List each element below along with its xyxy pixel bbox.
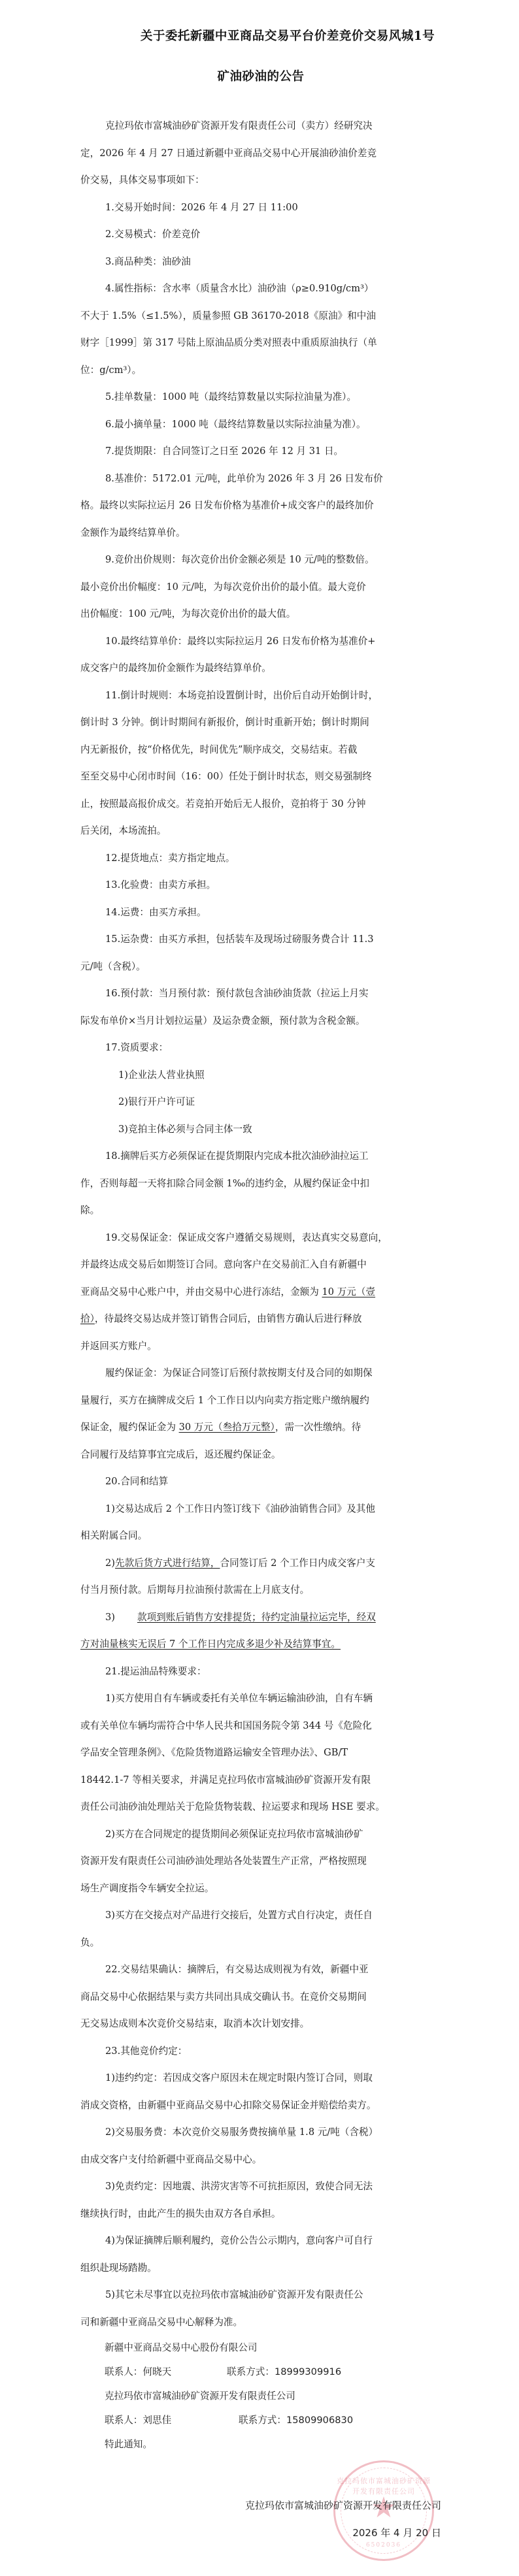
closing-text: 特此通知。	[105, 2432, 444, 2456]
other-terms-subitem: 3)免责约定：因地震、洪涝灾害等不可抗拒原因，致使合同无法	[80, 2173, 439, 2200]
requirement-subitem-cont: 场生产调度指令车辆安全拉运。	[80, 1875, 439, 1902]
item-countdown-rules-cont: 内无新报价，按“价格优先，时间优先”顺序成交，交易结束。若截	[80, 736, 439, 764]
intro-line: 价交易，具体交易事项如下：	[80, 167, 439, 194]
item-result-confirmation-cont: 无交易达成则本次竞价交易结束，取消本次计划安排。	[80, 2010, 439, 2038]
item-min-pick-quantity: 6.最小摘单量：1000 吨（最终结算数量以实际拉油量为准）。	[80, 411, 439, 438]
qualification-subitem: 1)企业法人营业执照	[80, 1062, 439, 1089]
item-prepayment-cont: 际发布单价×当月计划拉运量）及运杂费金额，预付款为含税金额。	[80, 1007, 439, 1035]
org2-contact-person: 联系人：刘思佳	[105, 2415, 171, 2426]
deposit-text: 亚商品交易中心账户中，并由交易中心进行冻结，金额为	[80, 1286, 322, 1297]
item-pickup-obligation-cont: 除。	[80, 1197, 439, 1224]
item-result-confirmation-cont: 商品交易中心依据结果与卖方共同出具成交确认书。在竞价交易期间	[80, 1983, 439, 2011]
requirement-subitem: 3)买方在交接点对产品进行交接后，处置方式自行决定，责任自	[80, 1902, 439, 1929]
item-countdown-rules: 11.倒计时规则：本场竞拍设置倒计时，出价后自动开始倒计时，	[80, 682, 439, 709]
deposit-amount-underlined: 10 万元（壹	[322, 1286, 376, 1297]
bond-amount-underlined: 30 万元（叁拾万元整）	[179, 1422, 275, 1433]
requirement-subitem-cont: 负。	[80, 1929, 439, 1957]
requirement-subitem-cont: 18442.1-7 等相关要求，并满足克拉玛依市富城油砂矿资源开发有限	[80, 1767, 439, 1794]
intro-line: 克拉玛依市富城油砂矿资源开发有限责任公司（卖方）经研究决	[80, 112, 439, 140]
payment-method-underlined: 先款后货方式进行结算，	[115, 1557, 220, 1569]
intro-line: 定，2026 年 4 月 27 日通过新疆中亚商品交易中心开展油砂油价差竞	[80, 140, 439, 167]
signature-block: 克拉玛依市富城油砂矿资源开发有限责任公司 2026 年 4 月 20 日	[245, 2492, 441, 2547]
item-trade-mode: 2.交易模式：价差竞价	[80, 221, 439, 248]
item-base-price-cont: 格。最终以实际拉运月 26 日发布价格为基准价+成交客户的最终加价	[80, 492, 439, 519]
bond-text: ，需一次性缴纳。待	[275, 1422, 361, 1433]
item-pickup-obligation: 18.摘牌后买方必须保证在提货期限内完成本批次油砂油拉运工	[80, 1143, 439, 1170]
requirement-subitem-cont: 或有关单位车辆均需符合中华人民共和国国务院令第 344 号《危险化	[80, 1712, 439, 1740]
item-countdown-rules-cont: 后关闭，本场流拍。	[80, 817, 439, 845]
delivery-arrangement-underlined: 款项到账后销售方安排提货；待约定油量拉运完毕，经双	[137, 1612, 376, 1623]
performance-bond: 履约保证金：为保证合同签订后预付款按期支付及合同的如期保	[80, 1360, 439, 1387]
contract-subitem: 2)先款后货方式进行结算，合同签订后 2 个工作日内成交客户支	[80, 1550, 439, 1577]
contract-subitem: 3)款项到账后销售方安排提货；待约定油量拉运完毕，经双	[80, 1604, 439, 1631]
requirement-subitem-cont: 学品安全管理条例》、《危险货物道路运输安全管理办法》、GB/T	[80, 1739, 439, 1767]
item-bid-rules: 9.竞价出价规则：每次竞价出价金额必须是 10 元/吨的整数倍。	[80, 546, 439, 574]
deposit-text: ，待最终交易达成并签订销售合同后，由销售方确认后进行释放	[95, 1313, 362, 1324]
org2-contact-row: 联系人：刘思佳 联系方式：15809906830	[105, 2408, 444, 2432]
requirement-subitem-cont: 责任公司油砂油处理站关于危险货物装载、拉运要求和现场 HSE 要求。	[80, 1793, 439, 1821]
item-result-confirmation: 22.交易结果确认：摘牌后，有交易达成则视为有效，新疆中亚	[80, 1956, 439, 1983]
item-other-terms: 23.其他竞价约定：	[80, 2038, 439, 2065]
other-terms-subitem: 1)违约约定：若因成交客户原因未在规定时限内签订合同，则取	[80, 2064, 439, 2092]
delivery-arrangement-underlined: 方对油量核实无误后 7 个工作日内完成多退少补及结算事宜。	[80, 1639, 341, 1650]
bond-text: 保证金，履约保证金为	[80, 1422, 179, 1433]
other-terms-subitem-cont: 由成交客户支付给新疆中亚商品交易中心。	[80, 2146, 439, 2174]
item-testing-fee: 13.化验费：由卖方承担。	[80, 872, 439, 899]
contacts-block: 新疆中亚商品交易中心股份有限公司 联系人：何晓天 联系方式：1899930991…	[105, 2336, 444, 2456]
item-listing-quantity: 5.挂单数量：1000 吨（最终结算数量以实际拉油量为准）。	[80, 383, 439, 411]
item-freight: 14.运费：由买方承担。	[80, 899, 439, 926]
item-final-settlement-price: 10.最终结算单价：最终以实际拉运月 26 日发布价格为基准价+	[80, 628, 439, 655]
item-base-price: 8.基准价：5172.01 元/吨，此单价为 2026 年 3 月 26 日发布…	[80, 465, 439, 493]
item-countdown-rules-cont: 至至交易中心闭市时间（16：00）任处于倒计时状态，则交易强制终	[80, 763, 439, 791]
org2-name: 克拉玛依市富城油砂矿资源开发有限责任公司	[105, 2384, 444, 2408]
item-prepayment: 16.预付款：当月预付款：预付款包含油砂油货款（拉运上月实	[80, 980, 439, 1007]
item-misc-freight: 15.运杂费：由买方承担，包括装车及现场过磅服务费合计 11.3	[80, 926, 439, 953]
item-trade-deposit-cont: 并返回买方账户。	[80, 1333, 439, 1360]
signature-date: 2026 年 4 月 20 日	[245, 2519, 441, 2547]
deposit-amount-underlined: 拾）	[80, 1313, 95, 1324]
document-title-line-2: 矿油砂油的公告	[1, 67, 519, 87]
item-final-settlement-price-cont: 成交客户的最终加价金额作为最终结算单价。	[80, 655, 439, 682]
contract-subitem-cont: 方对油量核实无误后 7 个工作日内完成多退少补及结算事宜。	[80, 1631, 439, 1658]
item-trade-deposit: 19.交易保证金：保证成交客户遵循交易规则，表达真实交易意向，	[80, 1224, 439, 1252]
item-delivery-period: 7.提货期限：自合同签订之日至 2026 年 12 月 31 日。	[80, 438, 439, 465]
item-countdown-rules-cont: 止，按照最高报价成交。若竞拍开始后无人报价，竞拍将于 30 分钟	[80, 791, 439, 818]
item-misc-freight-cont: 元/吨（含税）。	[80, 953, 439, 981]
item-attributes-cont: 财字［1999］第 317 号陆上原油品质分类对照表中重质原油执行（单	[80, 329, 439, 357]
org1-contact-row: 联系人：何晓天 联系方式：18999309916	[105, 2360, 444, 2384]
item-commodity-type: 3.商品种类：油砂油	[80, 248, 439, 276]
item-qualifications: 17.资质要求：	[80, 1034, 439, 1062]
item-delivery-location: 12.提货地点：卖方指定地点。	[80, 845, 439, 872]
requirement-subitem: 2)买方在合同规定的提货期间必须保证克拉玛依市富城油砂矿	[80, 1821, 439, 1848]
org2-phone: 联系方式：15809906830	[239, 2408, 353, 2432]
item-pickup-obligation-cont: 作，否则每超一天将扣除合同金额 1‰的违约金，从履约保证金中扣	[80, 1170, 439, 1198]
item-bid-rules-cont: 出价幅度：100 元/吨，为每次竞价出价的最大值。	[80, 600, 439, 628]
other-terms-subitem-cont: 继续执行时，由此产生的损失由双方各自承担。	[80, 2200, 439, 2228]
performance-bond-cont: 保证金，履约保证金为 30 万元（叁拾万元整），需一次性缴纳。待	[80, 1414, 439, 1441]
contract-subitem-cont: 付当月预付款。后期每月拉油预付款需在上月底支付。	[80, 1576, 439, 1604]
org1-contact-person: 联系人：何晓天	[105, 2366, 171, 2377]
item-contract-settlement: 20.合同和结算	[80, 1468, 439, 1495]
item-trade-deposit-cont: 拾），待最终交易达成并签订销售合同后，由销售方确认后进行释放	[80, 1305, 439, 1333]
org1-phone: 联系方式：18999309916	[227, 2360, 341, 2384]
item-trade-deposit-cont: 亚商品交易中心账户中，并由交易中心进行冻结，金额为 10 万元（壹	[80, 1279, 439, 1306]
requirement-subitem-cont: 资源开发有限责任公司油砂油处理站各处装置生产正常，严格按照现	[80, 1848, 439, 1875]
contract-subitem: 1)交易达成后 2 个工作日内签订线下《油砂油销售合同》及其他	[80, 1495, 439, 1523]
performance-bond-cont: 合同履行及结算事宜完成后，返还履约保证金。	[80, 1441, 439, 1469]
contract-subitem-cont: 相关附属合同。	[80, 1522, 439, 1550]
other-terms-subitem: 2)交易服务费：本次竞价交易服务费按摘单量 1.8 元/吨（含税）	[80, 2119, 439, 2146]
other-terms-subitem-cont: 组织赴现场踏勘。	[80, 2255, 439, 2282]
item-attributes-cont: 不大于 1.5%（≤1.5%），质量参照 GB 36170-2018《原油》和中…	[80, 302, 439, 330]
contract-text: 合同签订后 2 个工作日内成交客户支	[220, 1557, 375, 1569]
subitem-number: 2)	[105, 1557, 115, 1569]
other-terms-subitem-cont: 消成交资格，由新疆中亚商品交易中心扣除交易保证金并赔偿给卖方。	[80, 2092, 439, 2119]
item-special-requirements: 21.提运油品特殊要求：	[80, 1658, 439, 1686]
item-attributes: 4.属性指标：含水率（质量含水比）油砂油（ρ≥0.910g/cm³）	[80, 275, 439, 302]
item-attributes-cont: 位：g/cm³）。	[80, 357, 439, 384]
item-countdown-rules-cont: 倒计时 3 分钟。倒计时期间有新报价，倒计时重新开始；倒计时期间	[80, 709, 439, 736]
item-trade-deposit-cont: 并最终达成交易后如期签订合同。意向客户在交易前汇入自有新疆中	[80, 1251, 439, 1279]
qualification-subitem: 2)银行开户许可证	[80, 1088, 439, 1116]
performance-bond-cont: 量履行，买方在摘牌成交后 1 个工作日以内向卖方指定账户缴纳履约	[80, 1387, 439, 1414]
subitem-number: 3)	[105, 1612, 115, 1623]
announcement-body: 克拉玛依市富城油砂矿资源开发有限责任公司（卖方）经研究决 定，2026 年 4 …	[80, 112, 439, 2336]
qualification-subitem: 3)竞拍主体必须与合同主体一致	[80, 1116, 439, 1143]
requirement-subitem: 1)买方使用自有车辆或委托有关单位车辆运输油砂油，自有车辆	[80, 1685, 439, 1712]
announcement-page: 关于委托新疆中亚商品交易平台价差竞价交易风城1号 矿油砂油的公告 克拉玛依市富城…	[0, 0, 519, 2576]
org1-name: 新疆中亚商品交易中心股份有限公司	[105, 2336, 444, 2360]
signature-company: 克拉玛依市富城油砂矿资源开发有限责任公司	[245, 2492, 441, 2519]
other-terms-subitem: 5)其它未尽事宜以克拉玛依市富城油砂矿资源开发有限责任公	[80, 2281, 439, 2309]
item-bid-rules-cont: 最小竞价出价幅度：10 元/吨，为每次竞价出价的最小值。最大竞价	[80, 574, 439, 601]
other-terms-subitem: 4)为保证摘牌后顺利履约，竞价公告公示期内，意向客户可自行	[80, 2227, 439, 2255]
other-terms-subitem-cont: 司和新疆中亚商品交易中心解释为准。	[80, 2309, 439, 2336]
item-base-price-cont: 金额作为最终结算单价。	[80, 519, 439, 547]
document-title-line-1: 关于委托新疆中亚商品交易平台价差竞价交易风城1号	[28, 27, 519, 46]
item-trade-start-time: 1.交易开始时间：2026 年 4 月 27 日 11:00	[80, 194, 439, 221]
